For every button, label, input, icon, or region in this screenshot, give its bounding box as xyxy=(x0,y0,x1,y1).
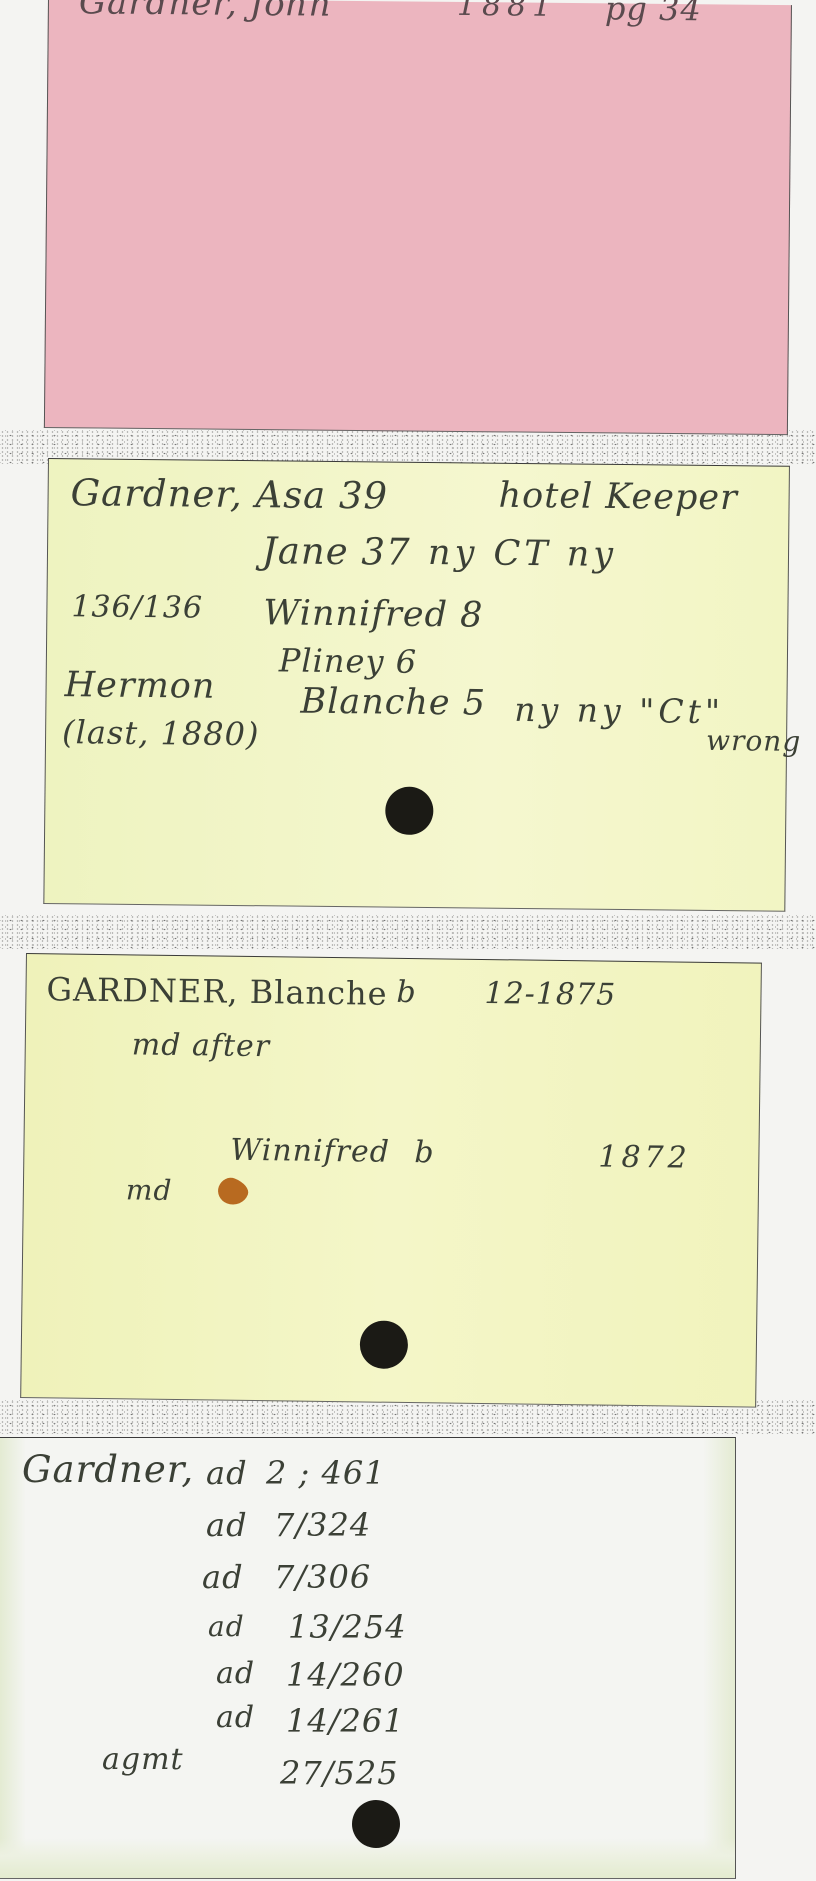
card-married: md after xyxy=(132,1027,271,1064)
card-occupation: hotel Keeper xyxy=(498,476,738,519)
card-sibling: Winnifred xyxy=(230,1133,390,1170)
card-dwelling: 136/136 xyxy=(71,589,203,625)
card-page: pg 34 xyxy=(605,0,702,28)
punch-hole xyxy=(352,1800,400,1848)
card-spouse-birthplaces: ny CT ny xyxy=(428,533,617,575)
entry-ref: 7/324 xyxy=(274,1506,371,1544)
card-place-note: (last, 1880) xyxy=(62,713,260,753)
entry-type: ad xyxy=(208,1610,245,1643)
scan-noise-band xyxy=(0,915,816,949)
punch-hole xyxy=(360,1320,409,1369)
card-sibling-born-label: b xyxy=(414,1135,435,1170)
entry-ref: 14/260 xyxy=(286,1656,405,1694)
entry-type: ad xyxy=(206,1454,248,1492)
card-child-birthplaces: ny ny "Ct" xyxy=(514,690,724,731)
card-child: Winnifred 8 xyxy=(263,593,483,635)
card-born-label: b xyxy=(396,975,417,1010)
entry-ref: 2 ; 461 xyxy=(266,1454,386,1492)
card-note: wrong xyxy=(706,724,802,758)
entry-ref: 27/525 xyxy=(280,1754,399,1792)
entry-type: ad xyxy=(206,1506,248,1544)
card-married: md xyxy=(126,1173,173,1207)
entry-type: ad xyxy=(216,1700,255,1735)
index-card-john-gardner: Gardner, John 1881 pg 34 xyxy=(44,0,792,435)
entry-ref: 14/261 xyxy=(286,1702,405,1740)
card-name: GARDNER, Blanche xyxy=(46,970,388,1012)
entry-type: ad xyxy=(216,1656,255,1691)
entry-type: agmt xyxy=(102,1742,184,1777)
index-card-blanche-gardner: GARDNER, Blanche b 12-1875 md after Winn… xyxy=(20,953,762,1408)
card-name: Gardner, xyxy=(22,1448,194,1491)
card-born-date: 12-1875 xyxy=(484,976,616,1013)
card-child: Blanche 5 xyxy=(300,682,486,724)
punch-hole xyxy=(385,787,434,836)
card-head: Gardner, Asa 39 xyxy=(70,471,388,517)
card-spouse: Jane 37 xyxy=(262,529,411,574)
entry-ref: 13/254 xyxy=(288,1608,407,1646)
card-name: Gardner, John xyxy=(79,0,332,25)
entry-ref: 7/306 xyxy=(274,1558,371,1596)
card-sibling-born-year: 1872 xyxy=(598,1140,691,1176)
index-card-gardner-deeds: Gardner, ad 2 ; 461 ad 7/324 ad 7/306 ad… xyxy=(0,1437,736,1879)
card-child: Pliney 6 xyxy=(279,641,418,680)
index-card-asa-gardner: Gardner, Asa 39 hotel Keeper Jane 37 ny … xyxy=(43,458,790,912)
card-year: 1881 xyxy=(457,0,558,24)
stain-mark xyxy=(214,1174,251,1209)
entry-type: ad xyxy=(202,1558,244,1596)
card-place: Hermon xyxy=(64,665,215,707)
